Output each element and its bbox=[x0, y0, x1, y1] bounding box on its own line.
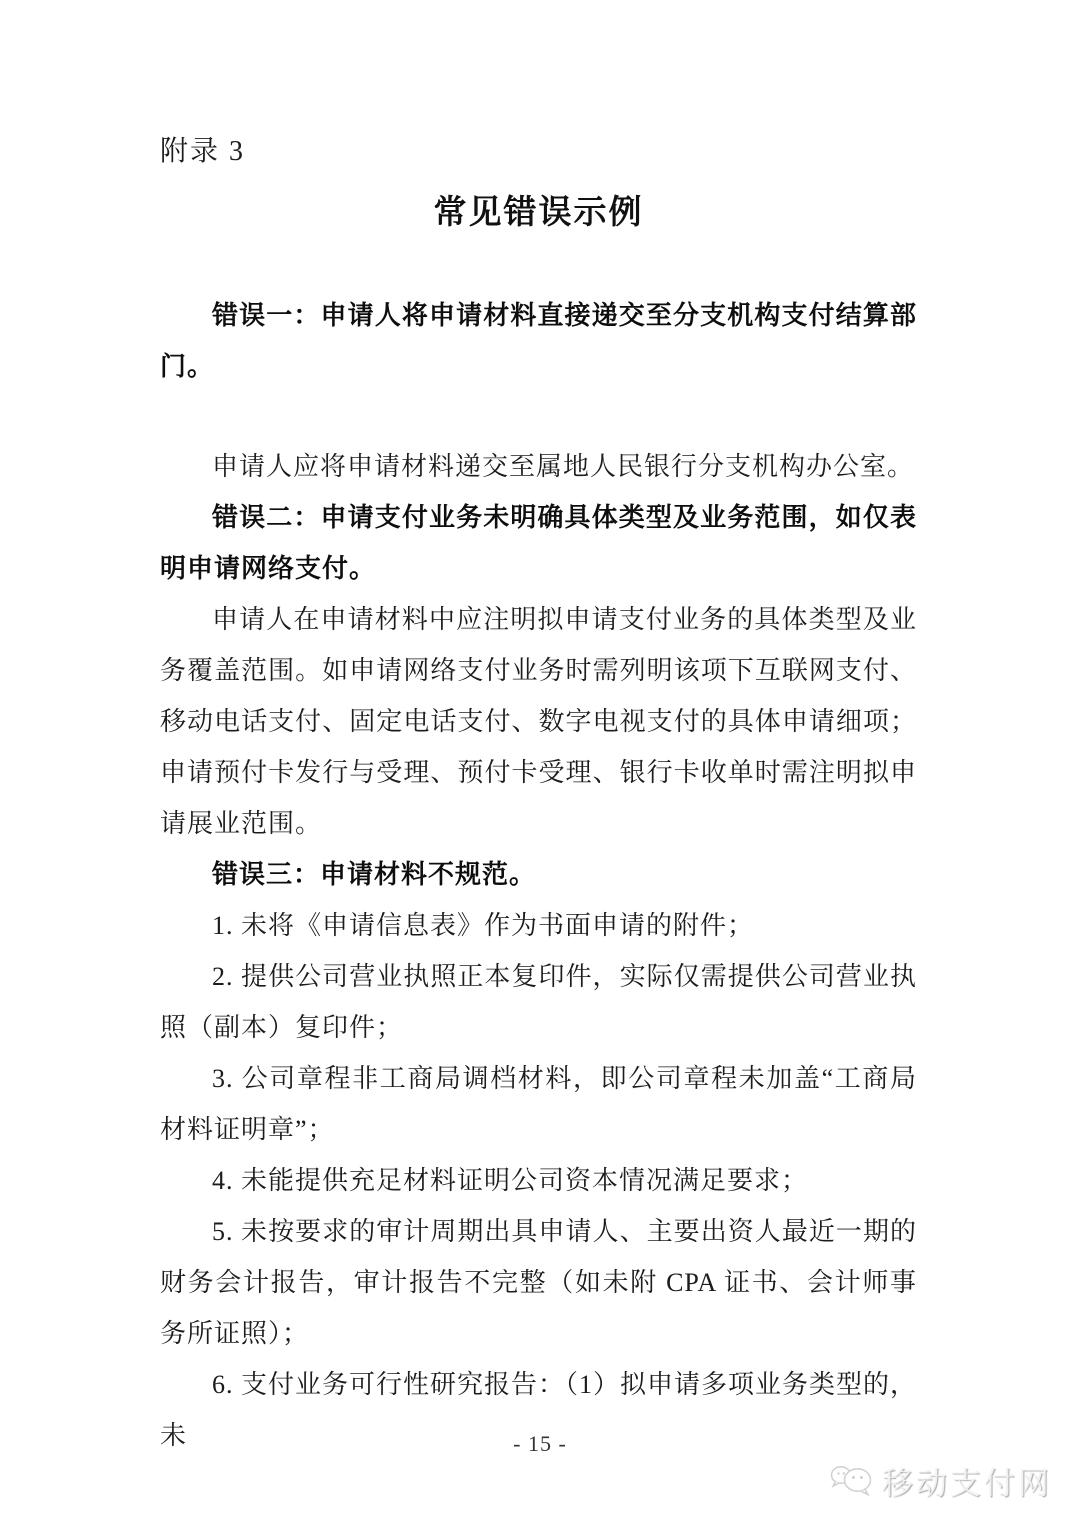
page-title: 常见错误示例 bbox=[160, 188, 917, 236]
list-item: 4. 未能提供充足材料证明公司资本情况满足要求； bbox=[160, 1155, 917, 1206]
paragraph-error1-answer: 申请人应将申请材料递交至属地人民银行分支机构办公室。 bbox=[160, 441, 917, 492]
error2-heading: 错误二：申请支付业务未明确具体类型及业务范围，如仅表明申请网络支付。 bbox=[160, 492, 917, 594]
wechat-icon bbox=[828, 1462, 874, 1500]
page-number: - 15 - bbox=[0, 1429, 1080, 1459]
list-item: 5. 未按要求的审计周期出具申请人、主要出资人最近一期的财务会计报告，审计报告不… bbox=[160, 1206, 917, 1359]
error1-heading: 错误一：申请人将申请材料直接递交至分支机构支付结算部门。 bbox=[160, 290, 917, 392]
list-item: 3. 公司章程非工商局调档材料，即公司章程未加盖“工商局材料证明章”； bbox=[160, 1053, 917, 1155]
list-item: 1. 未将《申请信息表》作为书面申请的附件； bbox=[160, 900, 917, 951]
watermark-text: 移动支付网 bbox=[882, 1458, 1052, 1503]
error3-heading: 错误三：申请材料不规范。 bbox=[160, 849, 917, 900]
document-page: 附录 3 常见错误示例 错误一：申请人将申请材料直接递交至分支机构支付结算部门。… bbox=[0, 0, 1080, 1528]
paragraph-error2-answer: 申请人在申请材料中应注明拟申请支付业务的具体类型及业务覆盖范围。如申请网络支付业… bbox=[160, 594, 917, 849]
watermark: 移动支付网 bbox=[828, 1458, 1052, 1503]
list-item: 2. 提供公司营业执照正本复印件，实际仅需提供公司营业执照（副本）复印件； bbox=[160, 951, 917, 1053]
appendix-label: 附录 3 bbox=[160, 132, 917, 172]
